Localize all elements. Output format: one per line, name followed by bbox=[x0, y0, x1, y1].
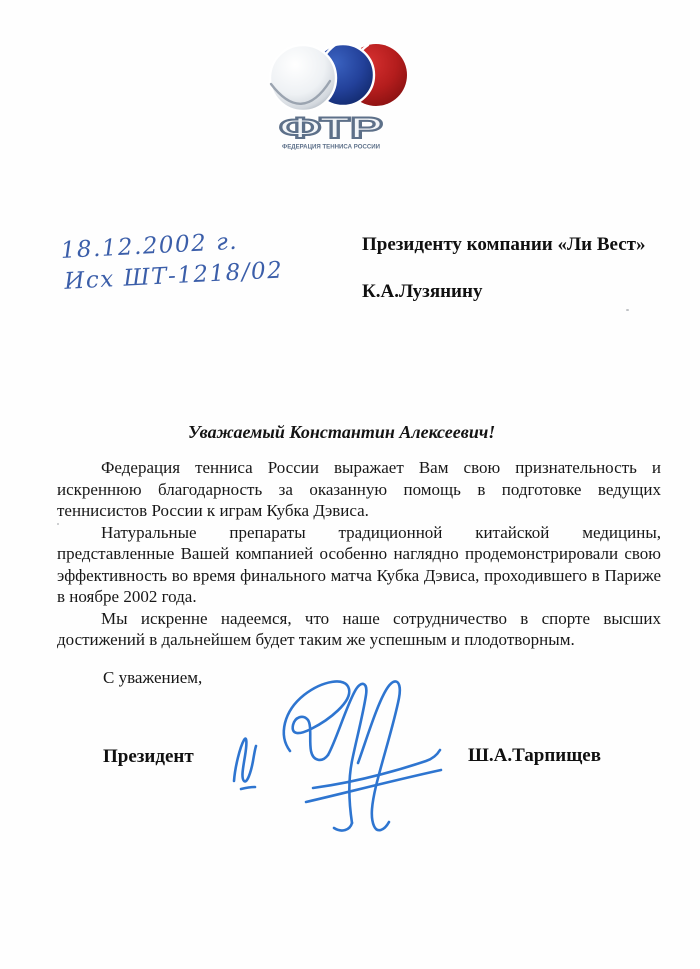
handwritten-registration: 18.12.2002 г. Исх ШТ-1218/02 bbox=[60, 224, 284, 297]
closing-regards: С уважением, bbox=[103, 668, 202, 688]
recipient-name: К.А.Лузянину bbox=[362, 281, 645, 303]
signature-bottom-hook bbox=[334, 823, 352, 830]
president-name: Ш.А.Тарпищев bbox=[468, 745, 601, 767]
tennis-ball-white-icon bbox=[270, 45, 336, 111]
signature-initial bbox=[234, 739, 256, 782]
logo-acronym: ФТР bbox=[279, 112, 383, 145]
body-paragraph-3: Мы искренне надеемся, что наше сотруднич… bbox=[57, 608, 661, 651]
scan-speck bbox=[57, 523, 59, 525]
letter-page: ФТР ФЕДЕРАЦИЯ ТЕННИСА РОССИИ 18.12.2002 … bbox=[0, 0, 700, 969]
logo-subtitle: ФЕДЕРАЦИЯ ТЕННИСА РОССИИ bbox=[282, 144, 380, 151]
letter-body: Федерация тенниса России выражает Вам св… bbox=[57, 457, 661, 651]
recipient-title: Президенту компании «Ли Вест» bbox=[362, 234, 645, 256]
salutation: Уважаемый Константин Алексеевич! bbox=[188, 422, 495, 443]
scan-speck bbox=[626, 309, 629, 311]
president-signature bbox=[210, 672, 450, 840]
recipient-block: Президенту компании «Ли Вест» К.А.Лузяни… bbox=[362, 234, 645, 303]
ftr-logo: ФТР ФЕДЕРАЦИЯ ТЕННИСА РОССИИ bbox=[255, 35, 455, 160]
body-paragraph-2: Натуральные препараты традиционной китай… bbox=[57, 522, 661, 608]
president-title: Президент bbox=[103, 746, 194, 768]
signature-loop-left bbox=[284, 681, 349, 759]
signature-initial-underline bbox=[241, 787, 255, 789]
body-paragraph-1: Федерация тенниса России выражает Вам св… bbox=[57, 457, 661, 522]
